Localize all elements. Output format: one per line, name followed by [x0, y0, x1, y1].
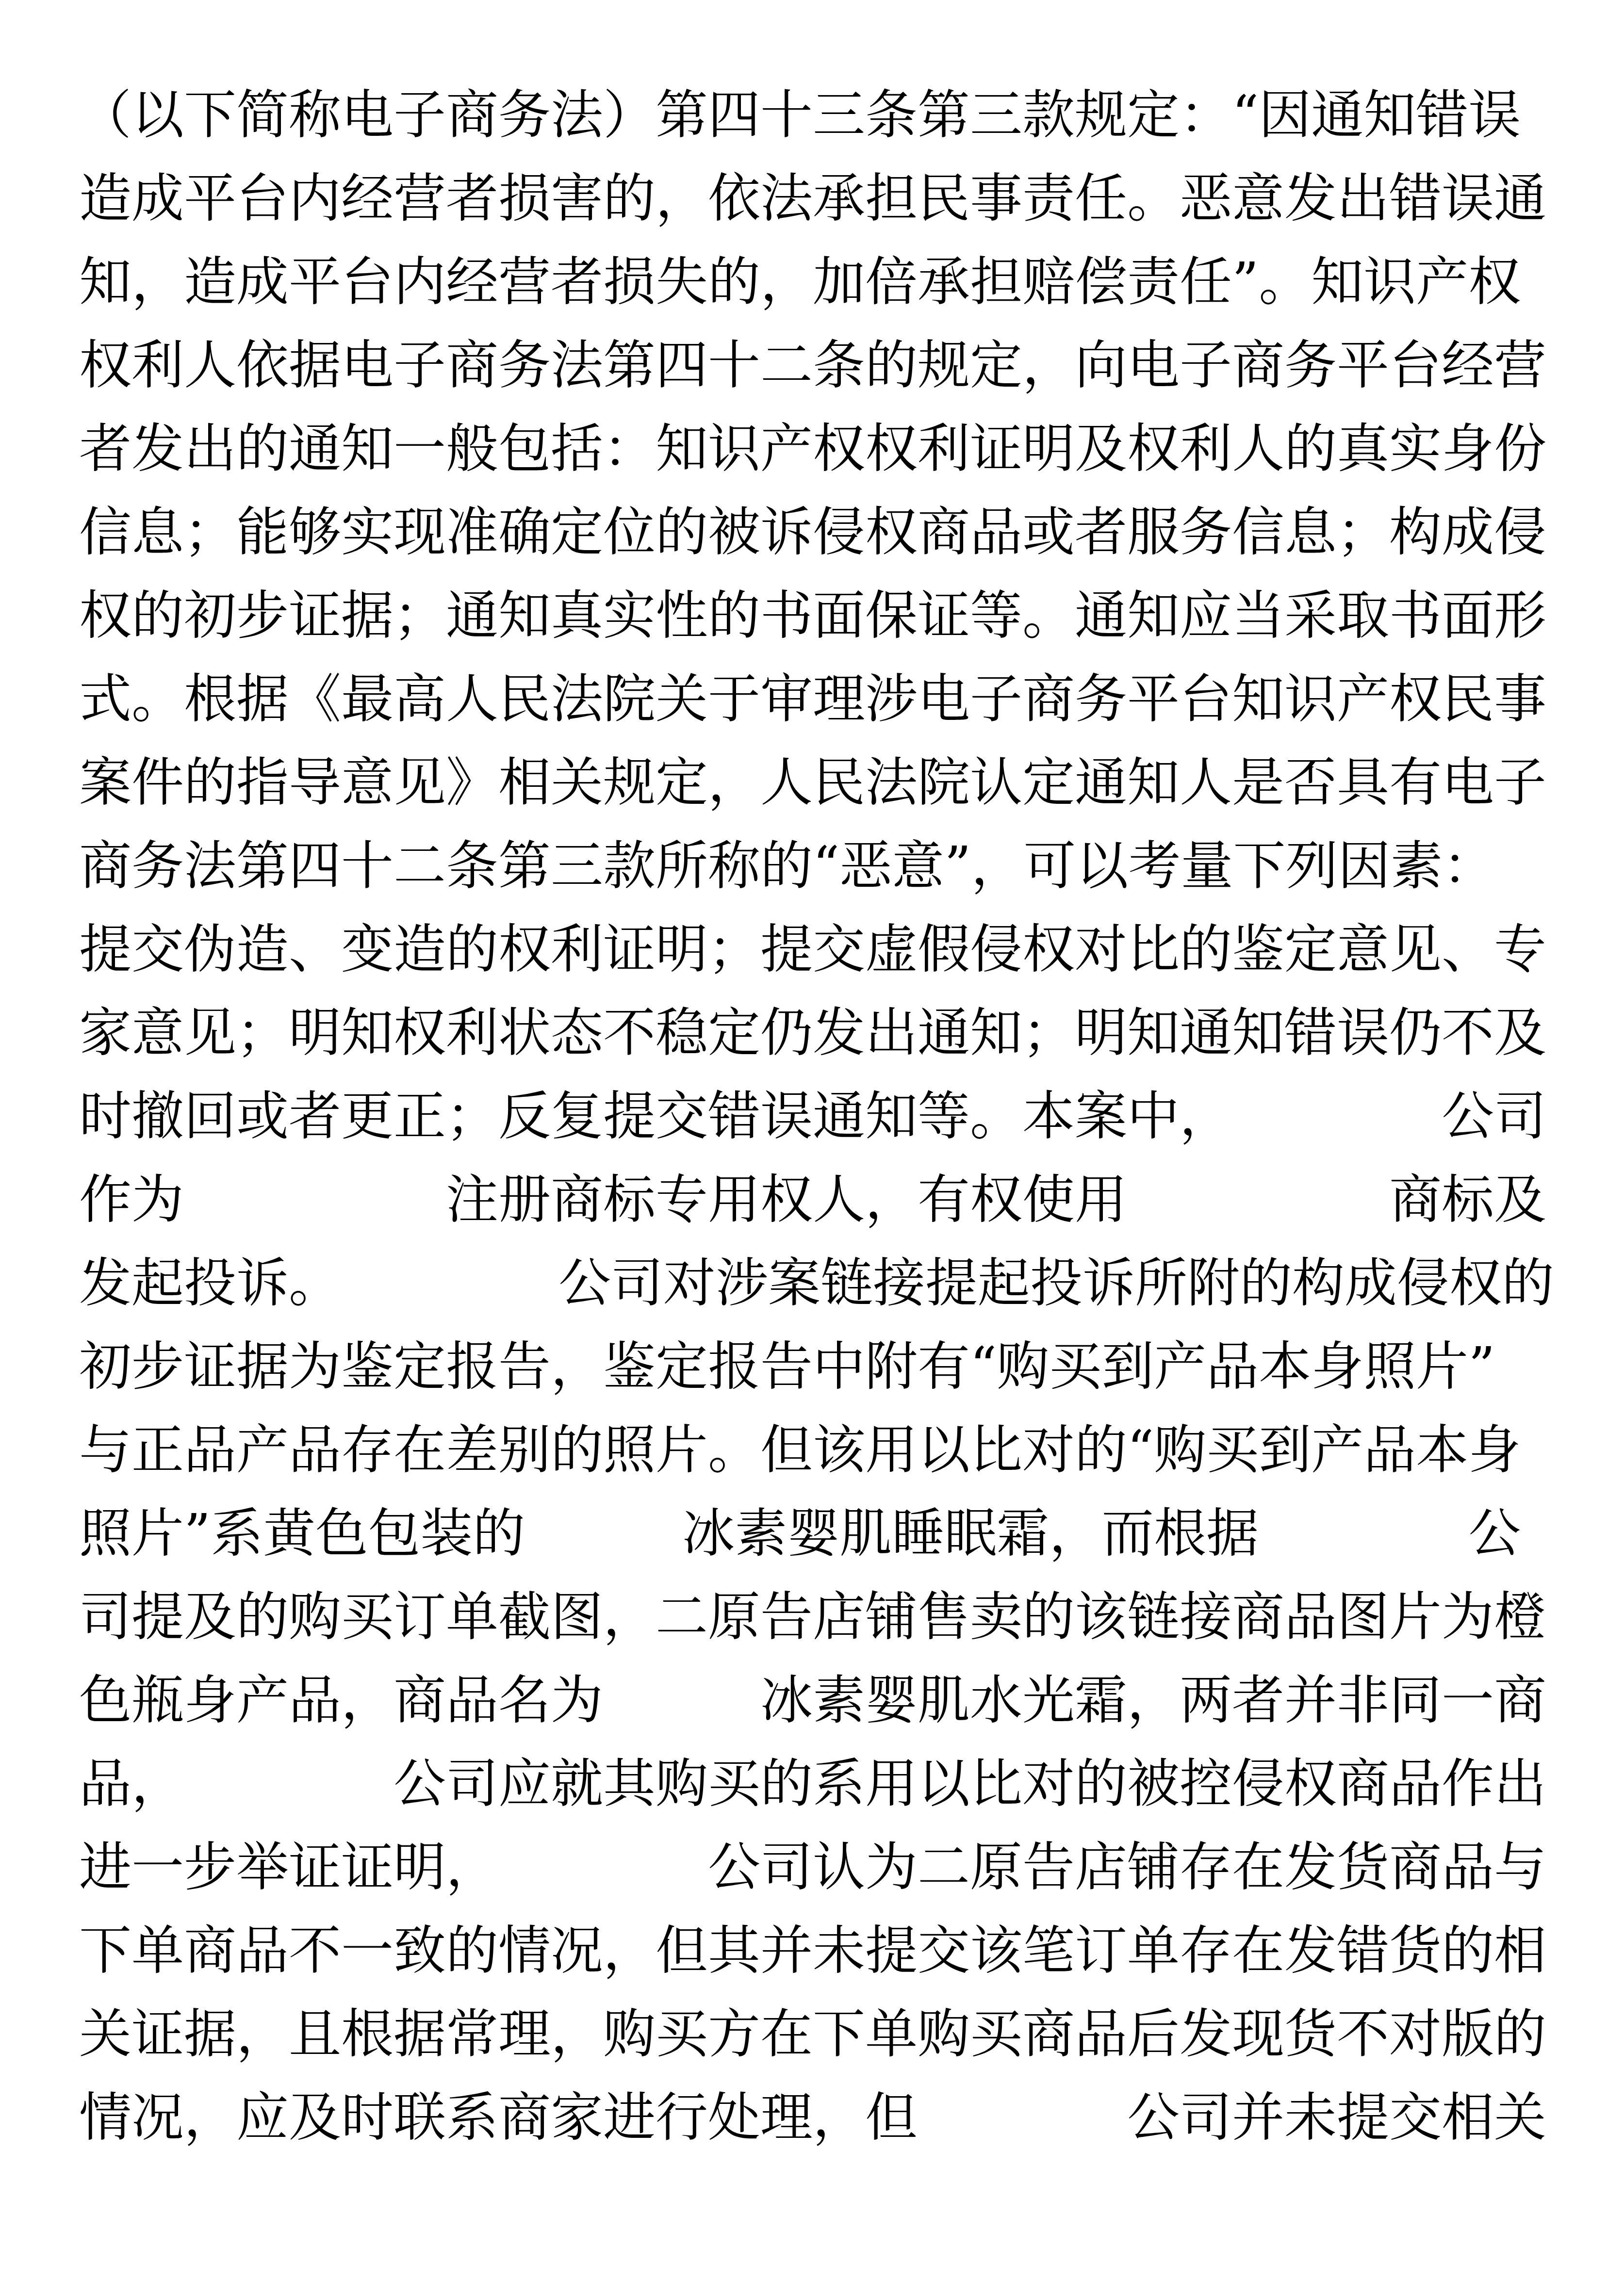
redacted-blank	[1127, 1166, 1389, 1219]
text-segment: 司提及的购买订单截图，二原告店铺售卖的该链接商品图片为橙	[79, 1583, 1546, 1651]
text-segment: 冰素婴肌睡眠霜，而根据	[682, 1500, 1259, 1568]
text-segment: 商标及	[1389, 1166, 1546, 1234]
redacted-blank	[341, 1250, 558, 1302]
text-line: 色瓶身产品，商品名为冰素婴肌水光霜，两者并非同一商	[79, 1667, 1554, 1750]
text-segment: 情况，应及时联系商家进行处理，但	[79, 2084, 918, 2152]
text-segment: 公司	[1442, 1083, 1546, 1151]
text-line: 提交伪造、变造的权利证明；提交虚假侵权对比的鉴定意见、专	[79, 916, 1554, 999]
text-line: 进一步举证证明，公司认为二原告店铺存在发货商品与	[79, 1834, 1554, 1917]
text-segment: 公司应就其购买的系用以比对的被控侵权商品作出	[394, 1750, 1546, 1818]
text-segment: 公司并未提交相关	[1127, 2084, 1546, 2152]
text-segment: （以下简称电子商务法）第四十三条第三款规定：“因通知错误	[79, 81, 1521, 149]
text-line: 信息；能够实现准确定位的被诉侵权商品或者服务信息；构成侵	[79, 499, 1554, 582]
text-segment: 家意见；明知权利状态不稳定仍发出通知；明知通知错误仍不及	[79, 999, 1546, 1067]
text-segment: 提交伪造、变造的权利证明；提交虚假侵权对比的鉴定意见、专	[79, 916, 1546, 984]
text-line: 知，造成平台内经营者损失的，加倍承担赔偿责任”。知识产权	[79, 248, 1554, 332]
text-line: 品，公司应就其购买的系用以比对的被控侵权商品作出	[79, 1750, 1554, 1834]
redacted-blank	[498, 1834, 708, 1886]
text-segment: 注册商标专用权人，有权使用	[446, 1166, 1127, 1234]
text-line: 案件的指导意见》相关规定，人民法院认定通知人是否具有电子	[79, 749, 1554, 832]
redacted-blank	[184, 1750, 394, 1803]
text-line: 初步证据为鉴定报告，鉴定报告中附有“购买到产品本身照片”	[79, 1333, 1554, 1417]
text-line: 与正品产品存在差别的照片。但该用以比对的“购买到产品本身	[79, 1417, 1554, 1500]
text-segment: 色瓶身产品，商品名为	[79, 1667, 603, 1735]
text-segment: 品，	[79, 1750, 184, 1818]
redacted-blank	[184, 1166, 446, 1219]
redacted-blank	[1259, 1500, 1468, 1552]
text-segment: 权的初步证据；通知真实性的书面保证等。通知应当采取书面形	[79, 582, 1546, 650]
text-segment: 权利人依据电子商务法第四十二条的规定，向电子商务平台经营	[79, 332, 1546, 400]
text-segment: 式。根据《最高人民法院关于审理涉电子商务平台知识产权民事	[79, 666, 1546, 733]
redacted-blank	[918, 2084, 1127, 2136]
text-line: 照片”系黄色包装的冰素婴肌睡眠霜，而根据公	[79, 1500, 1554, 1583]
text-line: 情况，应及时联系商家进行处理，但公司并未提交相关	[79, 2084, 1554, 2167]
text-segment: 初步证据为鉴定报告，鉴定报告中附有“购买到产品本身照片”	[79, 1333, 1495, 1401]
text-segment: 关证据，且根据常理，购买方在下单购买商品后发现货不对版的	[79, 2001, 1546, 2068]
text-segment: 与正品产品存在差别的照片。但该用以比对的“购买到产品本身	[79, 1417, 1521, 1484]
text-segment: 发起投诉。	[79, 1250, 341, 1318]
text-line: 式。根据《最高人民法院关于审理涉电子商务平台知识产权民事	[79, 666, 1554, 749]
redacted-blank	[1232, 1083, 1442, 1135]
text-segment: 案件的指导意见》相关规定，人民法院认定通知人是否具有电子	[79, 749, 1546, 817]
text-segment: 下单商品不一致的情况，但其并未提交该笔订单存在发错货的相	[79, 1917, 1546, 1985]
text-line: 发起投诉。公司对涉案链接提起投诉所附的构成侵权的	[79, 1250, 1554, 1333]
text-segment: 冰素婴肌水光霜，两者并非同一商	[760, 1667, 1546, 1735]
text-segment: 公司对涉案链接提起投诉所附的构成侵权的	[558, 1250, 1554, 1318]
text-line: （以下简称电子商务法）第四十三条第三款规定：“因通知错误	[79, 81, 1554, 165]
redacted-blank	[603, 1667, 760, 1719]
document-page: （以下简称电子商务法）第四十三条第三款规定：“因通知错误造成平台内经营者损害的，…	[0, 0, 1624, 2296]
text-line: 司提及的购买订单截图，二原告店铺售卖的该链接商品图片为橙	[79, 1583, 1554, 1667]
text-segment: 知，造成平台内经营者损失的，加倍承担赔偿责任”。知识产权	[79, 248, 1521, 316]
text-segment: 公	[1468, 1500, 1521, 1568]
text-line: 者发出的通知一般包括：知识产权权利证明及权利人的真实身份	[79, 415, 1554, 499]
text-segment: 作为	[79, 1166, 184, 1234]
text-segment: 信息；能够实现准确定位的被诉侵权商品或者服务信息；构成侵	[79, 499, 1546, 567]
text-segment: 商务法第四十二条第三款所称的“恶意”，可以考量下列因素：	[79, 832, 1495, 900]
text-line: 关证据，且根据常理，购买方在下单购买商品后发现货不对版的	[79, 2001, 1554, 2084]
text-line: 家意见；明知权利状态不稳定仍发出通知；明知通知错误仍不及	[79, 999, 1554, 1083]
document-body-text: （以下简称电子商务法）第四十三条第三款规定：“因通知错误造成平台内经营者损害的，…	[79, 81, 1554, 2167]
text-line: 商务法第四十二条第三款所称的“恶意”，可以考量下列因素：	[79, 832, 1554, 916]
text-line: 权利人依据电子商务法第四十二条的规定，向电子商务平台经营	[79, 332, 1554, 415]
text-line: 时撤回或者更正；反复提交错误通知等。本案中，公司	[79, 1083, 1554, 1166]
text-segment: 造成平台内经营者损害的，依法承担民事责任。恶意发出错误通	[79, 165, 1546, 233]
text-line: 下单商品不一致的情况，但其并未提交该笔订单存在发错货的相	[79, 1917, 1554, 2001]
text-segment: 公司认为二原告店铺存在发货商品与	[708, 1834, 1546, 1902]
text-segment: 时撤回或者更正；反复提交错误通知等。本案中，	[79, 1083, 1232, 1151]
text-segment: 照片”系黄色包装的	[79, 1500, 525, 1568]
redacted-blank	[525, 1500, 682, 1552]
text-line: 权的初步证据；通知真实性的书面保证等。通知应当采取书面形	[79, 582, 1554, 666]
text-segment: 进一步举证证明，	[79, 1834, 498, 1902]
text-line: 造成平台内经营者损害的，依法承担民事责任。恶意发出错误通	[79, 165, 1554, 248]
text-line: 作为注册商标专用权人，有权使用商标及	[79, 1166, 1554, 1250]
text-segment: 者发出的通知一般包括：知识产权权利证明及权利人的真实身份	[79, 415, 1546, 483]
